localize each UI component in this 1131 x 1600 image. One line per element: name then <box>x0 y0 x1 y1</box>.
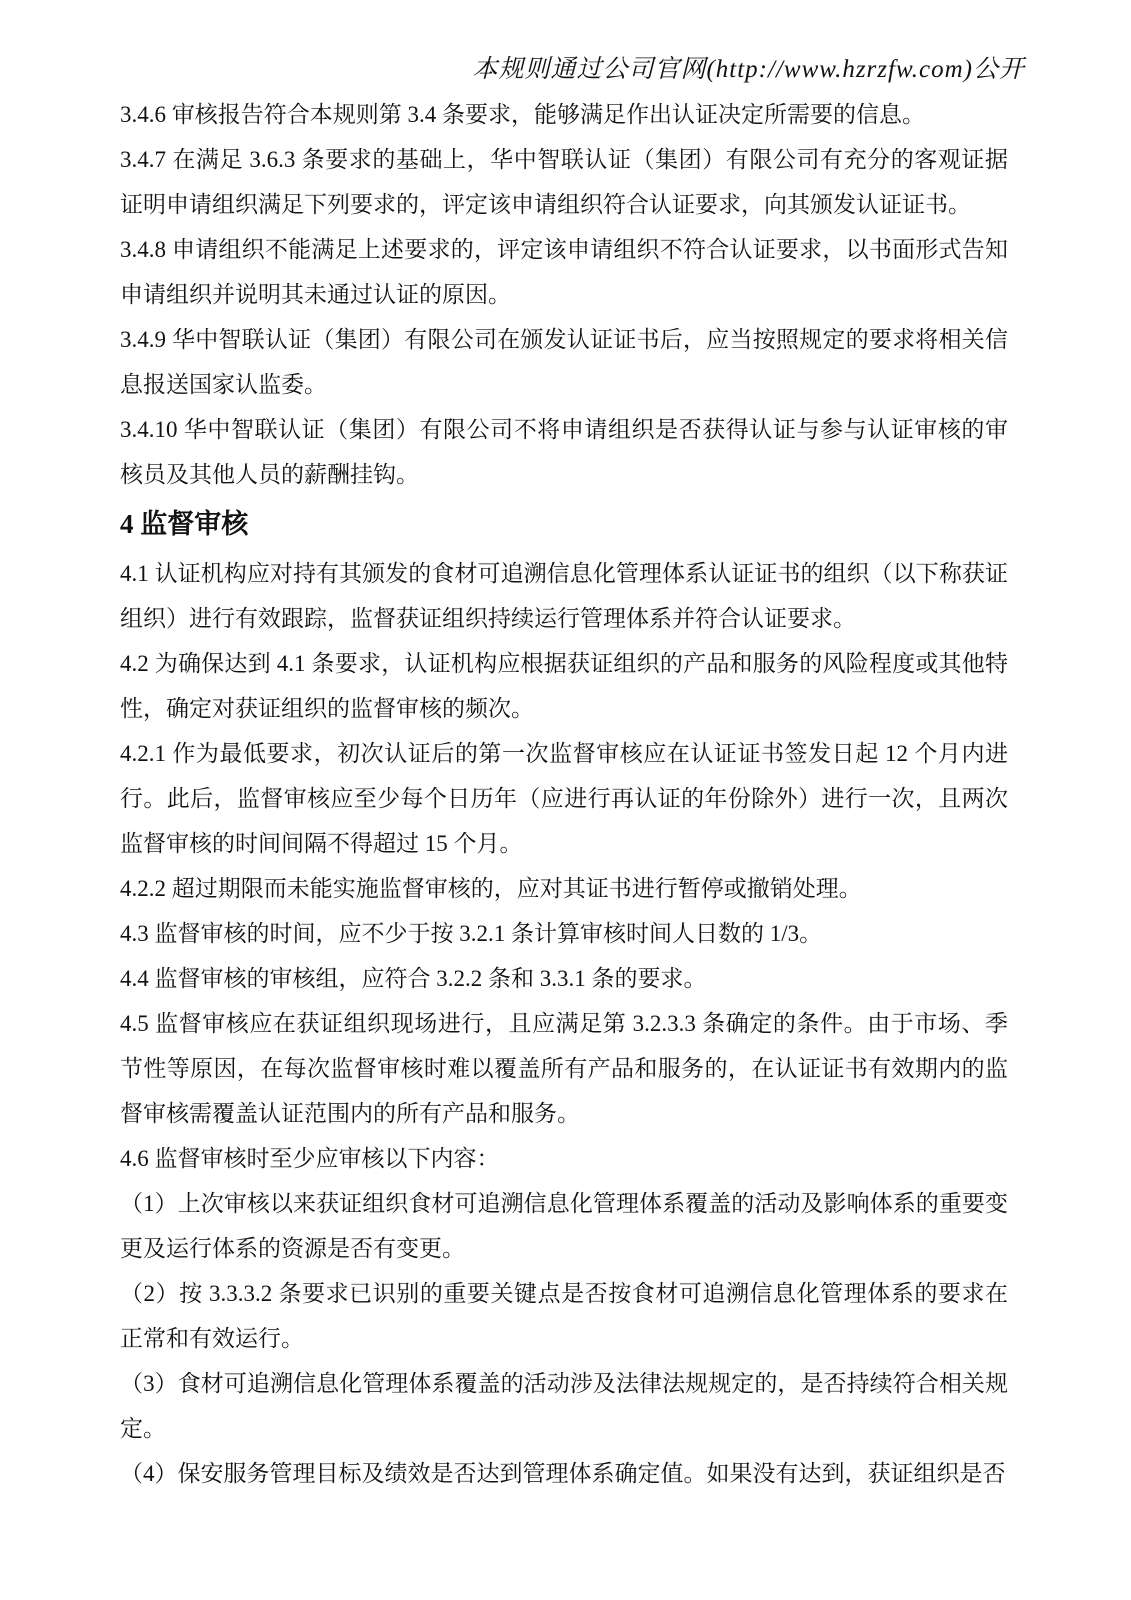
document-body: 3.4.6 审核报告符合本规则第 3.4 条要求，能够满足作出认证决定所需要的信… <box>120 92 1008 1496</box>
paragraph-3-4-9: 3.4.9 华中智联认证（集团）有限公司在颁发认证证书后，应当按照规定的要求将相… <box>120 317 1008 407</box>
paragraph-4-2: 4.2 为确保达到 4.1 条要求，认证机构应根据获证组织的产品和服务的风险程度… <box>120 641 1008 731</box>
paragraph-3-4-10: 3.4.10 华中智联认证（集团）有限公司不将申请组织是否获得认证与参与认证审核… <box>120 407 1008 497</box>
paragraph-4-2-2: 4.2.2 超过期限而未能实施监督审核的，应对其证书进行暂停或撤销处理。 <box>120 866 1008 911</box>
paragraph-4-3: 4.3 监督审核的时间，应不少于按 3.2.1 条计算审核时间人日数的 1/3。 <box>120 911 1008 956</box>
paragraph-4-2-1: 4.2.1 作为最低要求，初次认证后的第一次监督审核应在认证证书签发日起 12 … <box>120 731 1008 866</box>
header-publication-note: 本规则通过公司官网(http://www.hzrzfw.com)公开 <box>472 55 1025 85</box>
paragraph-3-4-7: 3.4.7 在满足 3.6.3 条要求的基础上，华中智联认证（集团）有限公司有充… <box>120 137 1008 227</box>
paragraph-4-4: 4.4 监督审核的审核组，应符合 3.2.2 条和 3.3.1 条的要求。 <box>120 956 1008 1001</box>
paragraph-4-1: 4.1 认证机构应对持有其颁发的食材可追溯信息化管理体系认证证书的组织（以下称获… <box>120 551 1008 641</box>
paragraph-3-4-8: 3.4.8 申请组织不能满足上述要求的，评定该申请组织不符合认证要求，以书面形式… <box>120 227 1008 317</box>
paragraph-4-6: 4.6 监督审核时至少应审核以下内容： <box>120 1136 1008 1181</box>
section-heading-4: 4 监督审核 <box>120 497 1008 551</box>
document-page: 本规则通过公司官网(http://www.hzrzfw.com)公开 3.4.6… <box>0 0 1131 1600</box>
paragraph-3-4-6: 3.4.6 审核报告符合本规则第 3.4 条要求，能够满足作出认证决定所需要的信… <box>120 92 1008 137</box>
paragraph-4-5: 4.5 监督审核应在获证组织现场进行，且应满足第 3.2.3.3 条确定的条件。… <box>120 1001 1008 1136</box>
list-item-4: （4）保安服务管理目标及绩效是否达到管理体系确定值。如果没有达到，获证组织是否 <box>120 1451 1008 1496</box>
list-item-2: （2）按 3.3.3.2 条要求已识别的重要关键点是否按食材可追溯信息化管理体系… <box>120 1271 1008 1361</box>
list-item-3: （3）食材可追溯信息化管理体系覆盖的活动涉及法律法规规定的，是否持续符合相关规定… <box>120 1361 1008 1451</box>
list-item-1: （1）上次审核以来获证组织食材可追溯信息化管理体系覆盖的活动及影响体系的重要变更… <box>120 1181 1008 1271</box>
